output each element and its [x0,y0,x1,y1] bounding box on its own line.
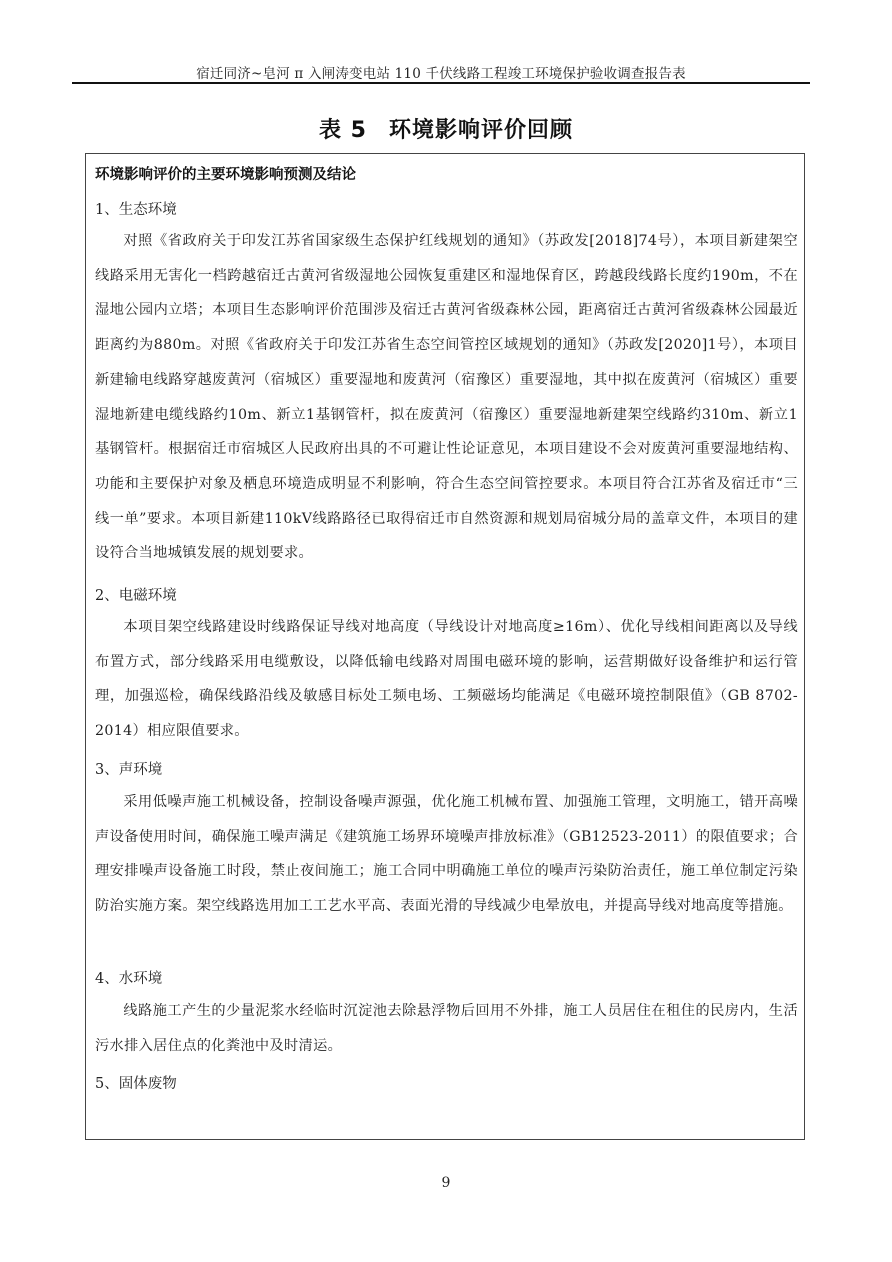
section-title-water: 4、水环境 [95,967,162,988]
box-heading: 环境影响评价的主要环境影响预测及结论 [95,163,356,184]
content-table-box: 环境影响评价的主要环境影响预测及结论 1、生态环境 对照《省政府关于印发江苏省国… [85,153,805,1140]
page-number: 9 [0,1175,892,1191]
section-paragraph-electromagnetic: 本项目架空线路建设时线路保证导线对地高度（导线设计对地高度≥16m）、优化导线相… [95,610,798,749]
table-title: 表 5环境影响评价回顾 [0,113,892,144]
section-title-solid-waste: 5、固体废物 [95,1072,177,1093]
section-title-electromagnetic: 2、电磁环境 [95,584,177,605]
section-title-acoustic: 3、声环境 [95,758,162,779]
table-title-number: 表 5 [319,118,367,143]
section-paragraph-ecology: 对照《省政府关于印发江苏省国家级生态保护红线规划的通知》（苏政发[2018]74… [95,224,798,571]
running-header: 宿迁同济~皂河 π 入闸涛变电站 110 千伏线路工程竣工环境保护验收调查报告表 [72,62,810,82]
section-paragraph-acoustic: 采用低噪声施工机械设备，控制设备噪声源强，优化施工机械布置、加强施工管理，文明施… [95,785,798,924]
header-rule [72,82,810,84]
section-title-ecology: 1、生态环境 [95,198,177,219]
section-paragraph-water: 线路施工产生的少量泥浆水经临时沉淀池去除悬浮物后回用不外排，施工人员居住在租住的… [95,994,798,1063]
table-title-text: 环境影响评价回顾 [389,118,573,143]
